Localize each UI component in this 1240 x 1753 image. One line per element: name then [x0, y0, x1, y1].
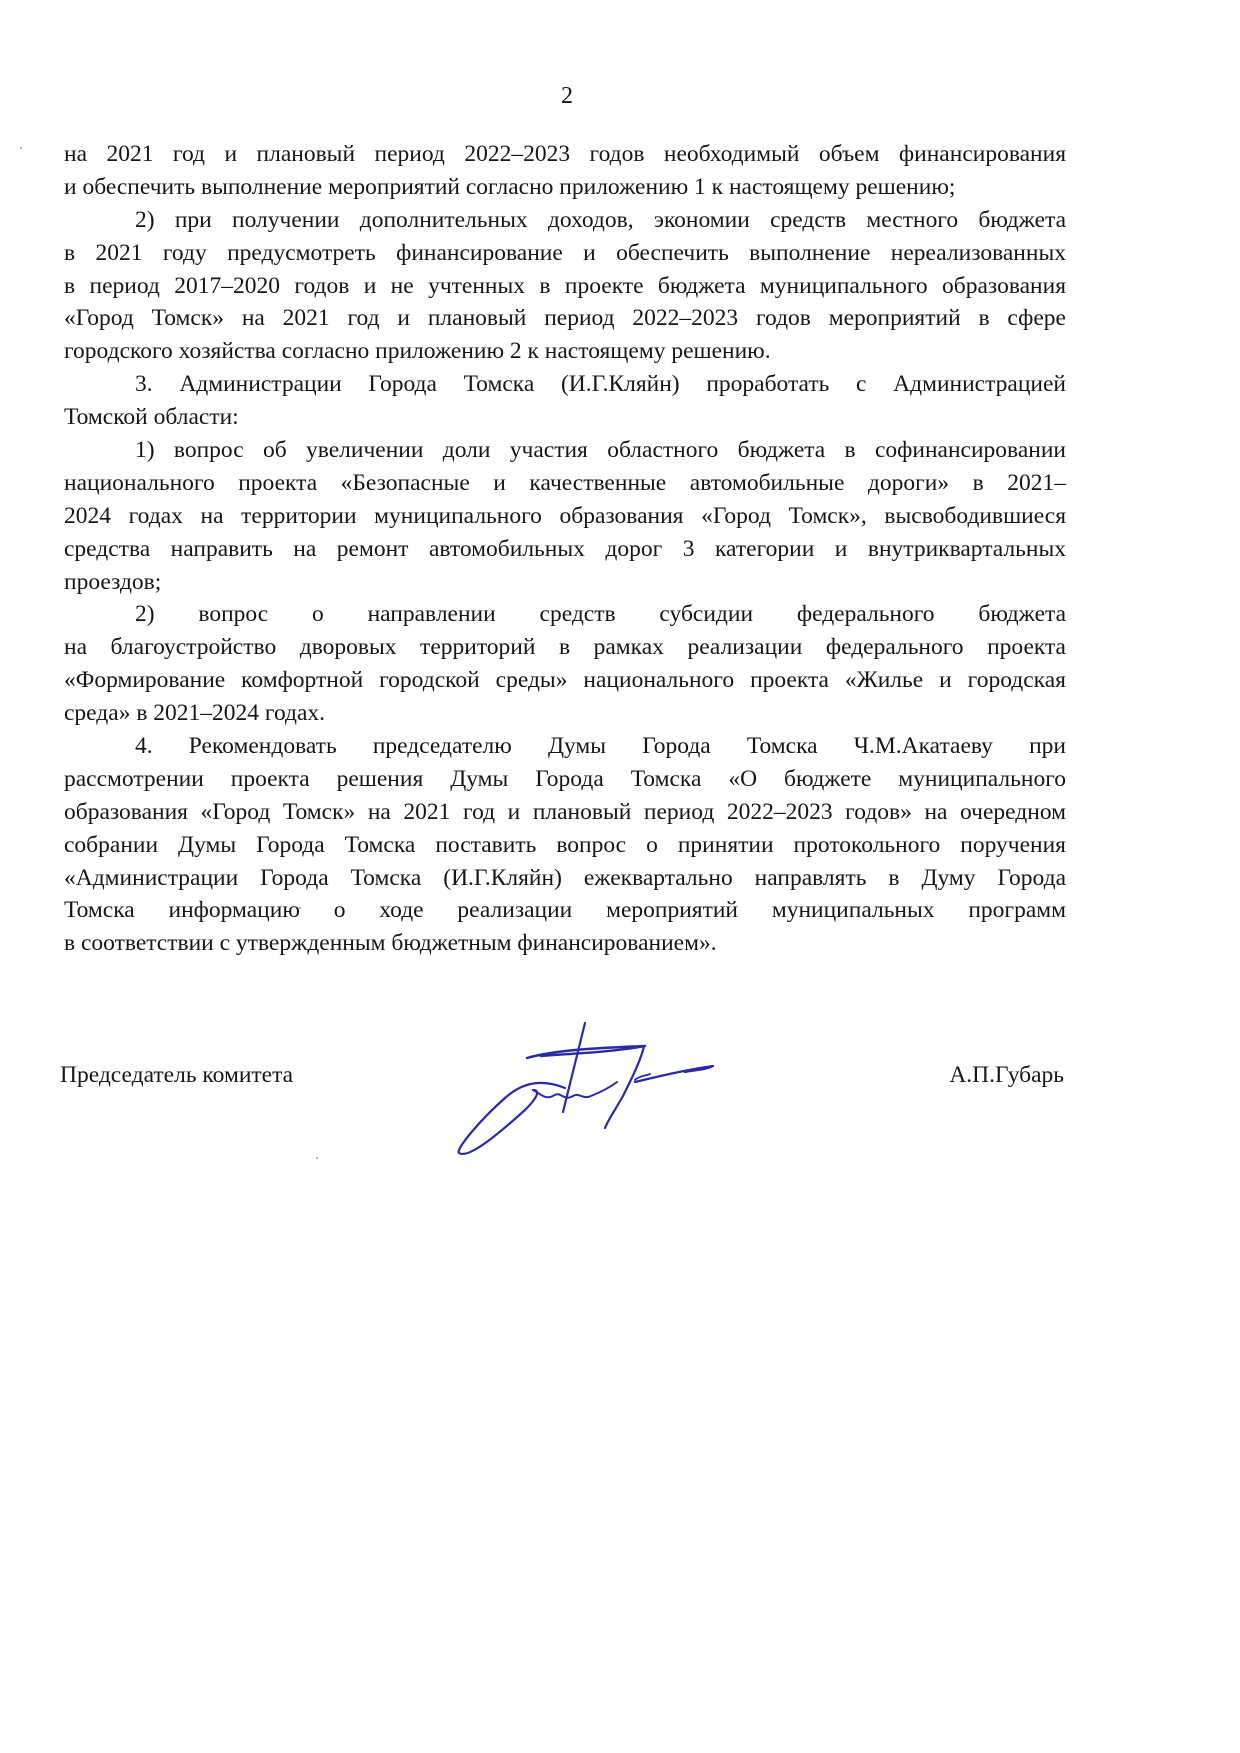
text-line: Томской области:	[64, 401, 1066, 434]
text-line: 2) вопрос о направлении средств субсидии…	[64, 598, 1066, 631]
text-line: городского хозяйства согласно приложению…	[64, 335, 1066, 368]
text-line: собрании Думы Города Томска поставить во…	[64, 829, 1066, 862]
text-line: среда» в 2021–2024 годах.	[64, 697, 1066, 730]
text-line: 2024 годах на территории муниципального …	[64, 500, 1066, 533]
text-line: «Администрации Города Томска (И.Г.Кляйн)…	[64, 862, 1066, 895]
document-page: 2 на 2021 год и плановый период 2022–202…	[0, 0, 1240, 1753]
text-line: и обеспечить выполнение мероприятий согл…	[64, 171, 1066, 204]
scan-speck	[20, 147, 22, 149]
text-line: в период 2017–2020 годов и не учтенных в…	[64, 270, 1066, 303]
text-line: 1) вопрос об увеличении доли участия обл…	[64, 434, 1066, 467]
text-line: в соответствии с утвержденным бюджетным …	[64, 927, 1066, 960]
text-line: образования «Город Томск» на 2021 год и …	[64, 796, 1066, 829]
text-line: национального проекта «Безопасные и каче…	[64, 467, 1066, 500]
signatory-name: А.П.Губарь	[949, 1058, 1064, 1092]
text-line: средства направить на ремонт автомобильн…	[64, 533, 1066, 566]
signatory-title: Председатель комитета	[60, 1058, 293, 1092]
page-number: 2	[0, 80, 1134, 112]
text-line: «Формирование комфортной городской среды…	[64, 664, 1066, 697]
body-text: на 2021 год и плановый период 2022–2023 …	[64, 138, 1066, 960]
text-line: в 2021 году предусмотреть финансирование…	[64, 237, 1066, 270]
text-line: проездов;	[64, 566, 1066, 599]
text-line: 2) при получении дополнительных доходов,…	[64, 204, 1066, 237]
text-line: «Город Томск» на 2021 год и плановый пер…	[64, 302, 1066, 335]
text-line: Томска информацию о ходе реализации меро…	[64, 894, 1066, 927]
text-line: на благоустройство дворовых территорий в…	[64, 631, 1066, 664]
text-line: на 2021 год и плановый период 2022–2023 …	[64, 138, 1066, 171]
text-line: 4. Рекомендовать председателю Думы Город…	[64, 730, 1066, 763]
text-line: 3. Администрации Города Томска (И.Г.Кляй…	[64, 368, 1066, 401]
handwritten-signature-icon	[445, 1010, 775, 1170]
scan-speck	[299, 907, 301, 909]
scan-speck	[316, 1157, 318, 1159]
text-line: рассмотрении проекта решения Думы Города…	[64, 763, 1066, 796]
